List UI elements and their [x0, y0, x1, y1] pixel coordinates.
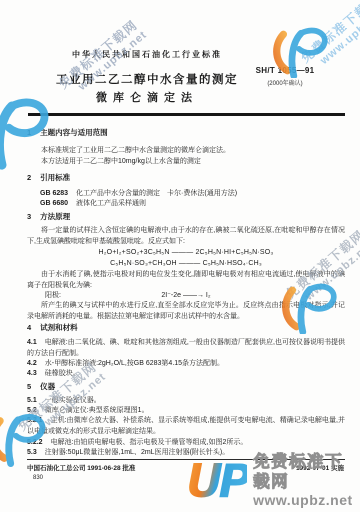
watermark-site-url: www.upbz.net — [318, 3, 360, 68]
clause-5-2-2: 5.2.2电解池:由铂质电解电极、指示电极及干燥管等组成,如图2所示。 — [27, 438, 345, 449]
clause-5-3: 5.3注射器:50μL微量注射器,1mL、2mL医用注射器(附长针头)。 — [27, 448, 345, 459]
clause-text: 主机:由微库仑放大器、补偿系统、显示系统等组成,能提供可变电解电流、精确记录电解… — [27, 417, 345, 435]
section-5-heading: 5仪器 — [27, 382, 345, 393]
section-number: 2 — [27, 173, 31, 184]
clause-4-1: 4.1电解液:由二氧化硫、碘、吡啶和其他溶剂组成,一般由仪器制造厂配套供应,也可… — [27, 338, 345, 359]
implementation-date: 1992-07-01 实施 — [296, 463, 344, 472]
clause-text: 电解液:由二氧化硫、碘、吡啶和其他溶剂组成,一般由仪器制造厂配套供应,也可按仪器… — [27, 339, 345, 357]
clause-text: 微库仑滴定仪:典型系统原理图1。 — [45, 407, 149, 414]
section-4-heading: 4试剂和材料 — [27, 323, 345, 334]
clause-text: 水-甲醇标准溶液:2gH₂O/L,按GB 6283第4.15条方法配制。 — [45, 360, 224, 367]
approval-line: 中国石油化工总公司 1991-06-28 批准 — [27, 463, 135, 472]
reference-number: GB 6283 — [40, 190, 68, 197]
doc-title-line2: 微库仑滴定法 — [27, 89, 267, 105]
reference-text: 液体化工产品采样通则 — [76, 200, 146, 207]
clause-5-2: 5.2微库仑滴定仪:典型系统原理图1。 — [27, 406, 345, 417]
watermark-bottom-right: UP 免费标准下载网 www.upbz.net — [186, 452, 360, 509]
clause-text: 硅橡胶块。 — [45, 370, 80, 377]
reference-text: 化工产品中水分含量的测定 卡尔·费休法(通用方法) — [76, 190, 237, 197]
clause-4-2: 4.2水-甲醇标准溶液:2gH₂O/L,按GB 6283第4.15条方法配制。 — [27, 359, 345, 370]
clause-number: 5.2.1 — [27, 417, 43, 424]
clause-5-2-1: 5.2.1主机:由微库仑放大器、补偿系统、显示系统等组成,能提供可变电解电流、精… — [27, 416, 345, 437]
reference-item: GB 6283化工产品中水分含量的测定 卡尔·费休法(通用方法) — [40, 189, 345, 200]
section-title: 主题内容与适用范围 — [40, 128, 108, 137]
reference-item: GB 6680液体化工产品采样通则 — [40, 199, 345, 210]
watermark-site-url: www.upbz.net — [253, 492, 360, 509]
clause-4-3: 4.3硅橡胶块。 — [27, 369, 345, 380]
clause-text: 电解池:由铂质电解电极、指示电极及干燥管等组成,如图2所示。 — [51, 439, 248, 446]
header-rule — [28, 113, 345, 116]
section-1-paragraph: 本方法适用于二乙二醇中10mg/kg以上水含量的测定 — [27, 157, 345, 168]
clause-number: 5.2 — [27, 407, 37, 414]
anode-reaction-row: 阳极: 2I⁻-2e ——→ I₂ — [27, 291, 345, 302]
section-1-heading: 1主题内容与适用范围 — [27, 128, 345, 139]
section-title: 方法原理 — [40, 212, 70, 221]
section-1-paragraph: 本标准规定了工业用二乙二醇中水含量测定的微库仑滴定法。 — [27, 146, 345, 157]
page-number: 830 — [33, 475, 43, 481]
clause-number: 5.2.2 — [27, 439, 43, 446]
watermark-site-name: 免费标准下载网 — [298, 0, 360, 67]
section-number: 5 — [27, 382, 31, 393]
clause-number: 5.1 — [27, 397, 37, 404]
footer-rule — [27, 459, 345, 460]
reaction-formula-2: C₅H₅N·SO₃+CH₃OH ——— C₅H₅N·HSO₄·CH₃ — [27, 259, 345, 270]
section-number: 4 — [27, 323, 31, 334]
clause-number: 4.1 — [27, 339, 37, 346]
section-number: 3 — [27, 212, 31, 223]
document-page: 免费标准下载网 www.upbz.net 免费标准下载网 www.upbz.ne… — [0, 0, 360, 512]
section-3-paragraph: 所产生的碘又与试样中的水进行反应,直至全部水反应完毕为止。反应终点由指示电极对指… — [27, 301, 345, 322]
standard-org-line: 中华人民共和国石油化工行业标准 — [27, 49, 267, 60]
reaction-formula-1: H₂O+I₂+SO₂+3C₅H₅N ——— 2C₅H₅N·HI+C₅H₅N·SO… — [27, 248, 345, 259]
doc-title-line1: 工业用二乙二醇中水含量的测定 — [27, 71, 267, 87]
up-logo-text: UP — [186, 455, 247, 507]
clause-number: 4.2 — [27, 360, 37, 367]
section-title: 试剂和材料 — [40, 323, 78, 332]
section-title: 引用标准 — [40, 173, 70, 182]
clause-text: 注射器:50μL微量注射器,1mL、2mL医用注射器(附长针头)。 — [45, 449, 230, 456]
section-3-paragraph: 由于水消耗了碘,使指示电极对间的电位发生变化,随即电解电极对有相应电流通过,使电… — [27, 270, 345, 291]
clause-5-1: 5.1一般实验室仪器。 — [27, 396, 345, 407]
clause-number: 4.3 — [27, 370, 37, 377]
anode-formula: 2I⁻-2e ——→ I₂ — [27, 291, 345, 302]
anode-label: 阳极: — [45, 291, 61, 302]
section-number: 1 — [27, 128, 31, 139]
section-title: 仪器 — [40, 382, 55, 391]
clause-number: 5.3 — [27, 449, 37, 456]
section-3-heading: 3方法原理 — [27, 212, 345, 223]
clause-text: 一般实验室仪器。 — [45, 397, 101, 404]
reference-number: GB 6680 — [40, 200, 68, 207]
section-3-paragraph: 将一定量的试样注入含恒定碘的电解液中,由于水的存在,碘被二氧化硫还原,在吡啶和甲… — [27, 226, 345, 247]
section-2-heading: 2引用标准 — [27, 173, 345, 184]
